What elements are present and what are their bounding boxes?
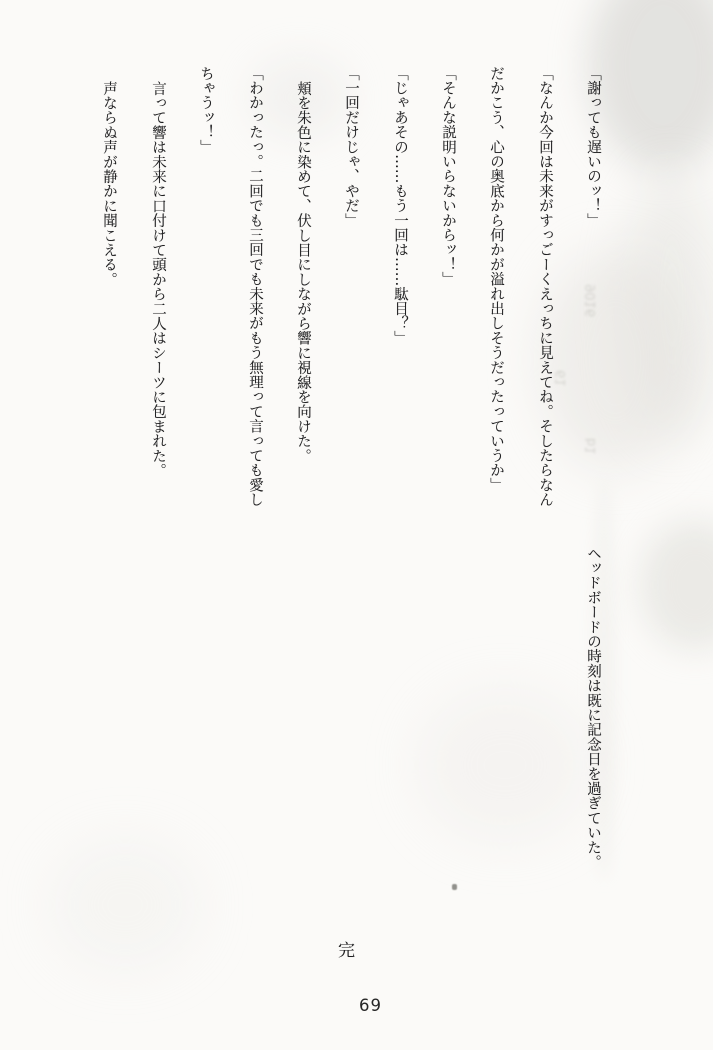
dust-speck <box>452 884 457 890</box>
narration-line-3: 声ならぬ声が静かに聞こえる。 <box>99 81 119 287</box>
bleed-through-text: 9016 <box>584 284 599 317</box>
scan-shading <box>420 690 590 840</box>
end-mark: 完 <box>338 936 355 961</box>
dialogue-line-2: 「なんか今回は未来がすっごーくえっちに見えてね。そしたらなん <box>535 66 555 507</box>
dialogue-line-4: 「じゃあその……もう一回は……駄目？」 <box>390 66 410 345</box>
dialogue-line-5: 「一回だけじゃ、やだ」 <box>341 66 361 228</box>
scan-shading <box>640 520 713 650</box>
page-number: 69 <box>359 996 382 1015</box>
scan-shading <box>622 170 713 440</box>
dialogue-line-2-continued: だかこう、心の奥底から何かが溢れ出しそうだったっていうか」 <box>486 66 506 492</box>
dialogue-line-6: 「わかったっ。二回でも三回でも未来がもう無理って言っても愛し <box>245 66 265 507</box>
bleed-through-text: 61 <box>554 370 569 387</box>
narration-line-2: 言って響は未来に口付けて頭から二人はシーツに包まれた。 <box>148 81 168 478</box>
bleed-through-text: b1 <box>584 438 599 455</box>
scan-shading <box>50 840 200 970</box>
scan-shading <box>588 0 713 170</box>
scan-shading <box>540 250 690 470</box>
dialogue-line-3: 「そんな説明いらないからッ！」 <box>438 66 458 287</box>
scanned-novel-page: 9016 61 b1 「謝っても遅いのッ！」 「なんか今回は未来がすっごーくえっ… <box>0 0 713 1050</box>
dialogue-line-1: 「謝っても遅いのッ！」 <box>583 66 603 228</box>
closing-narration-line: ヘッドボードの時刻は既に記念日を過ぎていた。 <box>583 546 603 869</box>
dialogue-line-6-continued: ちゃうッ！」 <box>196 66 216 154</box>
narration-line-1: 頬を朱色に染めて、伏し目にしながら響に視線を向けた。 <box>293 81 313 463</box>
